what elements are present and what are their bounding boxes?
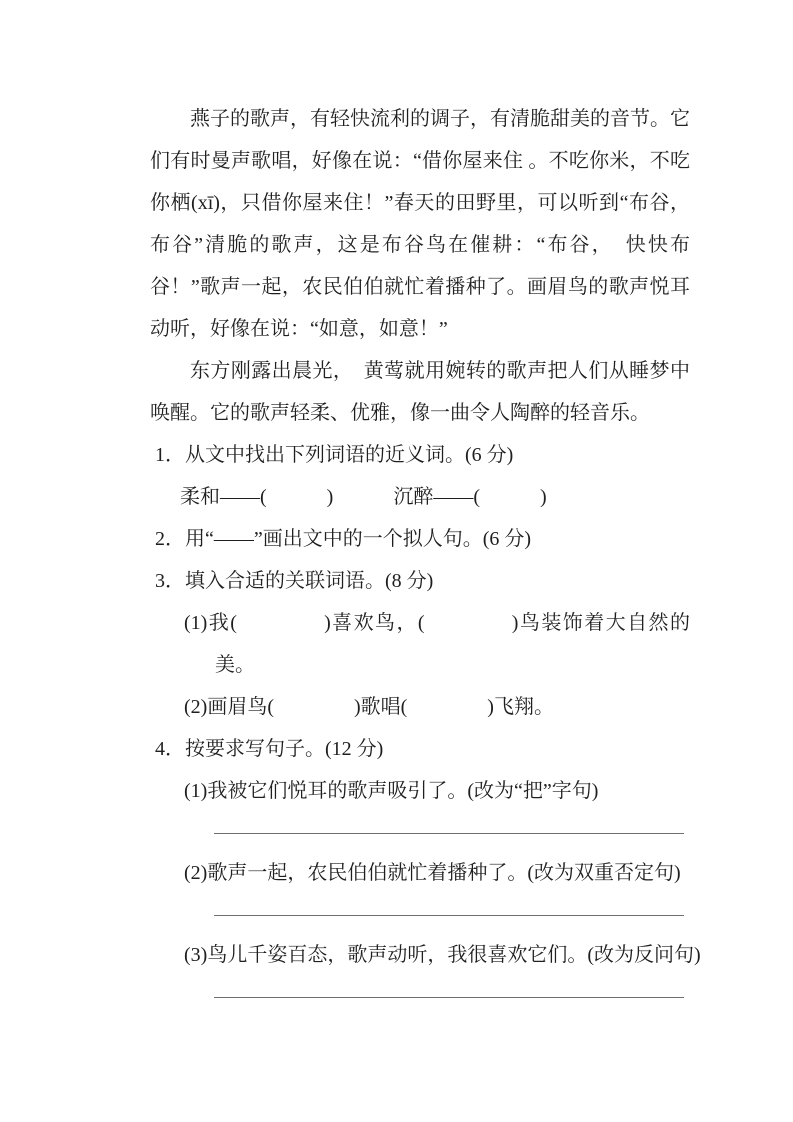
question-4-item-1: (1)我被它们悦耳的歌声吸引了。(改为“把”字句) <box>150 770 690 812</box>
question-3-item-2: (2)画眉鸟( )歌唱( )飞翔。 <box>150 686 690 728</box>
question-1-synonym-blanks: 柔和——( ) 沉醉——( ) <box>180 476 690 518</box>
question-1-label: 1．从文中找出下列词语的近义词。(6 分) <box>155 434 690 476</box>
answer-writing-line-3 <box>214 976 684 998</box>
question-3-label: 3．填入合适的关联词语。(8 分) <box>155 560 690 602</box>
passage-paragraph-2: 东方刚露出晨光， 黄莺就用婉转的歌声把人们从睡梦中唤醒。它的歌声轻柔、优雅，像一… <box>150 350 690 434</box>
answer-writing-line-1 <box>214 812 684 834</box>
question-2-label: 2．用“——”画出文中的一个拟人句。(6 分) <box>155 518 690 560</box>
question-4-item-3: (3)鸟儿千姿百态，歌声动听，我很喜欢它们。(改为反问句) <box>150 934 690 976</box>
worksheet-page: 燕子的歌声，有轻快流利的调子，有清脆甜美的音节。它们有时曼声歌唱，好像在说：“借… <box>0 0 793 1122</box>
answer-writing-line-2 <box>214 894 684 916</box>
question-3-item-1: (1)我( )喜欢鸟，( )鸟装饰着大自然的美。 <box>150 602 690 686</box>
passage-paragraph-1: 燕子的歌声，有轻快流利的调子，有清脆甜美的音节。它们有时曼声歌唱，好像在说：“借… <box>150 98 690 350</box>
question-4-label: 4．按要求写句子。(12 分) <box>155 728 690 770</box>
question-4-item-2: (2)歌声一起，农民伯伯就忙着播种了。(改为双重否定句) <box>150 852 690 894</box>
worksheet-content: 燕子的歌声，有轻快流利的调子，有清脆甜美的音节。它们有时曼声歌唱，好像在说：“借… <box>150 98 690 998</box>
